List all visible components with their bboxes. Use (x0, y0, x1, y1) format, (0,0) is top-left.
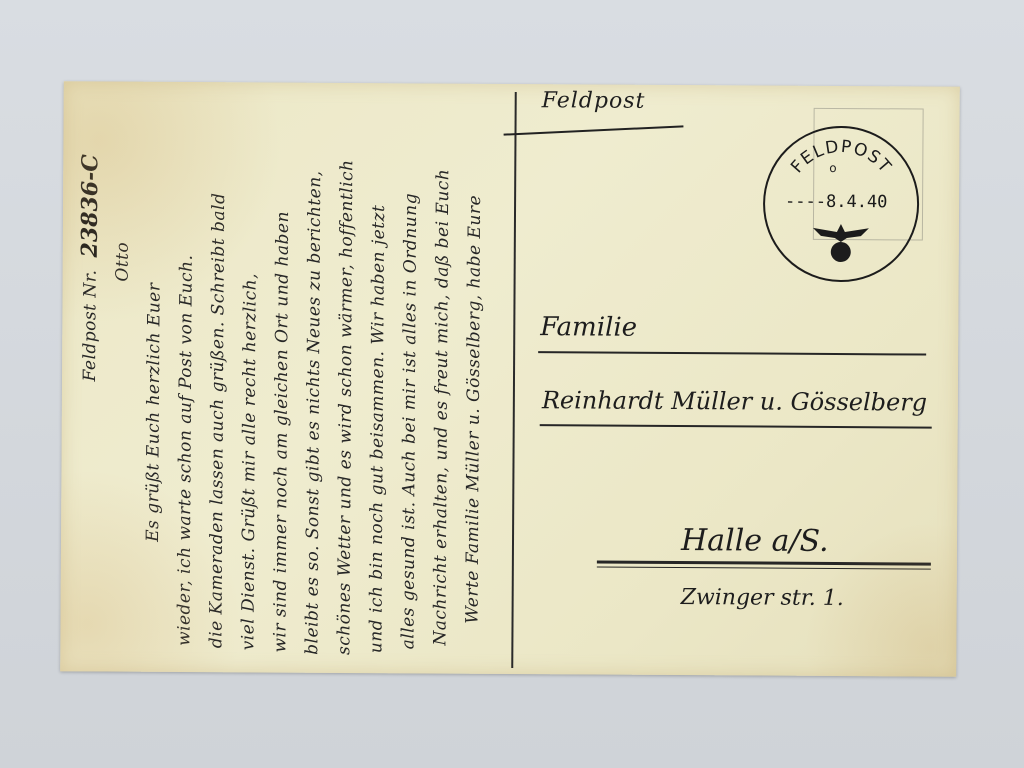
heading-underline (504, 125, 684, 135)
message-signature: Otto (113, 242, 133, 282)
address-underline-3b (597, 567, 931, 570)
message-line: wir sind immer noch am gleichen Ort und … (270, 211, 293, 653)
message-line: Nachricht erhalten, und es freut mich, d… (430, 169, 453, 646)
address-line-1: Familie (540, 312, 637, 343)
message-line: bleibt es so. Sonst gibt es nichts Neues… (302, 170, 325, 655)
message-rotated-block: Werte Familie Müller u. Gösselberg, habe… (70, 95, 505, 664)
feldpost-heading: Feldpost (542, 88, 646, 114)
postmark-sub-mark: o (829, 161, 836, 175)
postmark-date: ----8.4.40 (785, 192, 887, 213)
message-line: Feldpost Nr. (80, 270, 101, 382)
postmark: FELDPOST o ----8.4.40 (763, 126, 920, 283)
postcard: Werte Familie Müller u. Gösselberg, habe… (60, 81, 960, 676)
message-line: Es grüßt Euch herzlich Euer (143, 283, 165, 542)
message-line: schönes Wetter und es wird schon wärmer,… (334, 159, 357, 655)
message-line: und ich bin noch gut beisammen. Wir habe… (366, 205, 389, 654)
address-underline-3 (597, 561, 931, 566)
address-underline-2 (540, 424, 932, 428)
svg-text:FELDPOST: FELDPOST (787, 136, 896, 177)
message-line: wieder, ich warte schon auf Post von Euc… (174, 255, 196, 647)
address-underline-1 (538, 351, 926, 355)
message-area: Werte Familie Müller u. Gösselberg, habe… (70, 95, 505, 664)
message-line: alles gesund ist. Auch bei mir ist alles… (398, 193, 421, 650)
address-line-3: Halle a/S. (681, 523, 829, 559)
address-line-2: Reinhardt Müller u. Gösselberg (542, 386, 927, 416)
message-line: Werte Familie Müller u. Gösselberg, habe… (463, 195, 486, 624)
address-line-4: Zwinger str. 1. (681, 585, 844, 611)
message-line: die Kameraden lassen auch grüßen. Schrei… (206, 193, 229, 649)
feldpost-number: 23836-C (77, 154, 104, 257)
eagle-emblem-icon (811, 220, 871, 264)
divider-line (511, 92, 517, 668)
message-line: viel Dienst. Grüßt mir alle recht herzli… (238, 273, 260, 651)
